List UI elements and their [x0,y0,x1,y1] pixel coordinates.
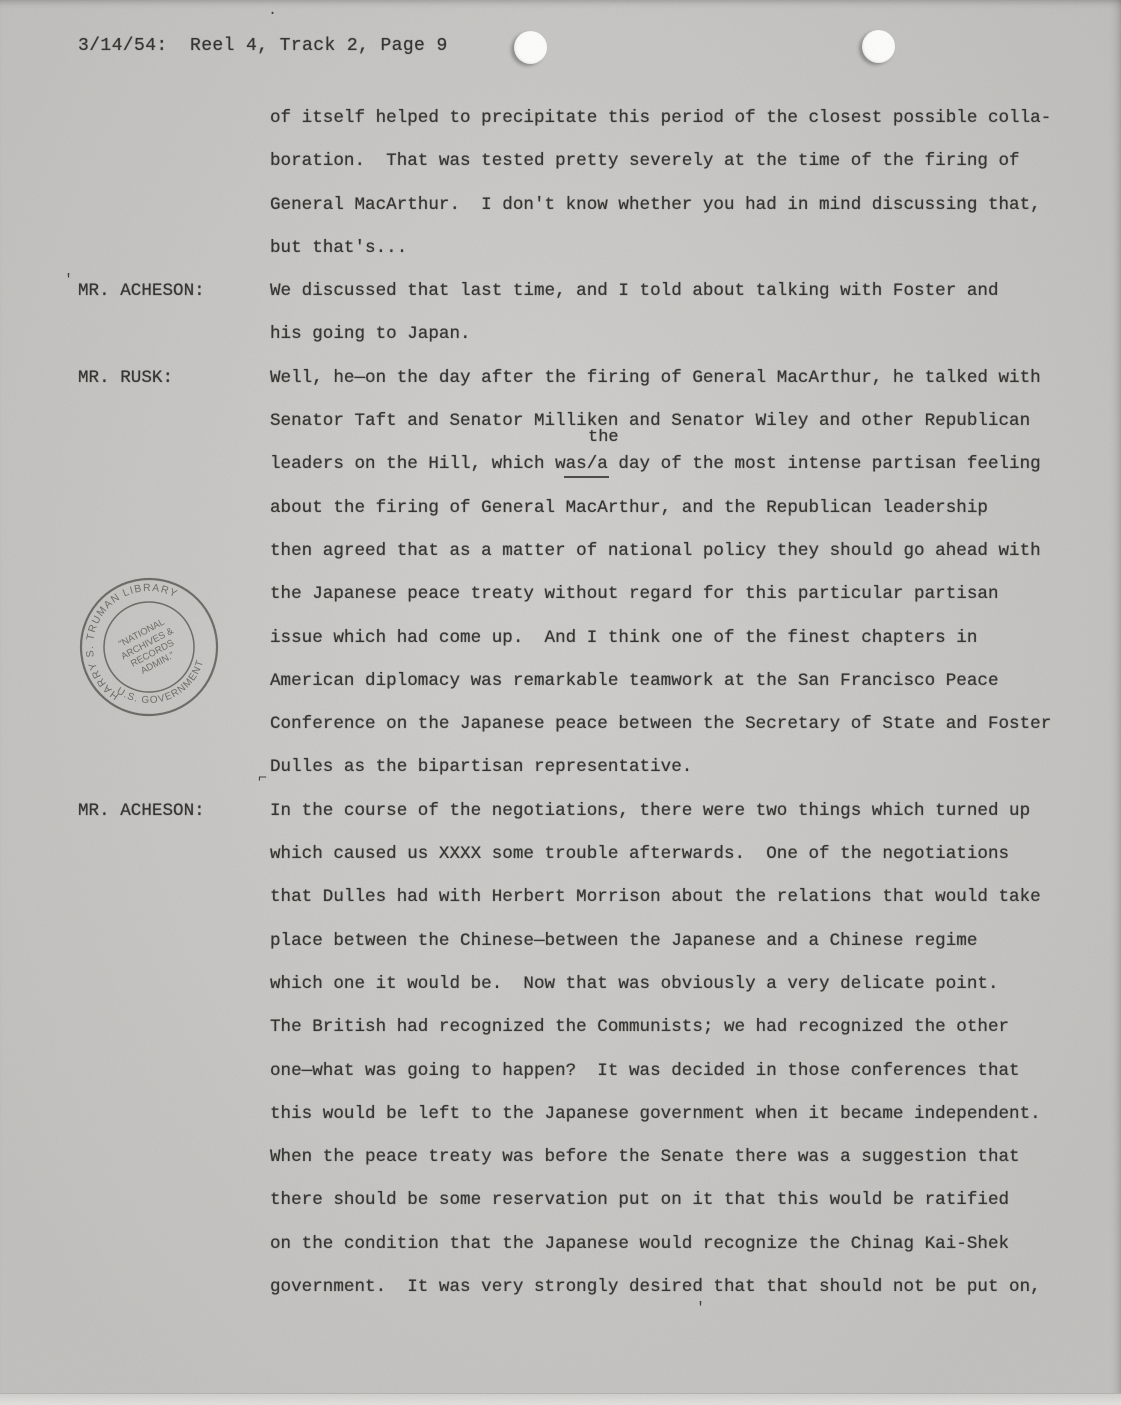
transcript-block: of itself helped to precipitate this per… [78,97,1083,270]
transcript-line: General MacArthur. I don't know whether … [270,184,1083,227]
transcript-line: Conference on the Japanese peace between… [270,703,1083,746]
hole-punch-right [862,30,895,63]
stray-mark: ' [64,272,73,289]
transcript-line: The British had recognized the Communist… [270,1006,1083,1049]
transcript-line: leaders on the Hill, which was/a day of … [270,443,1083,486]
transcript-line: of itself helped to precipitate this per… [270,97,1083,140]
transcript-block: MR. RUSK:Well, he—on the day after the f… [78,357,1083,790]
hole-punch-left [514,31,547,64]
transcript-line: issue which had come up. And I think one… [270,617,1083,660]
document-page: 3/14/54: Reel 4, Track 2, Page 9 of itse… [0,0,1121,1405]
transcript-line: but that's... [270,227,1083,270]
transcript-line: government. It was very strongly desired… [270,1266,1083,1309]
speaker-label: MR. ACHESON: [78,790,270,833]
stray-mark: ⌐ [258,770,267,787]
transcript-line: American diplomacy was remarkable teamwo… [270,660,1083,703]
transcript-line: one—what was going to happen? It was dec… [270,1050,1083,1093]
transcript-line: which caused us XXXX some trouble afterw… [270,833,1083,876]
transcript-line: We discussed that last time, and I told … [270,270,1083,313]
stray-mark: ' [696,1300,705,1317]
transcript-line: In the course of the negotiations, there… [270,790,1083,833]
transcript-block: MR. ACHESON:In the course of the negotia… [78,790,1083,1310]
transcript-line: boration. That was tested pretty severel… [270,140,1083,183]
transcript-line: then agreed that as a matter of national… [270,530,1083,573]
speaker-label: MR. RUSK: [78,357,270,400]
stray-mark: . [268,2,277,19]
strikeout-mark [564,476,609,478]
transcript-line: his going to Japan. [270,313,1083,356]
transcript-line: the Japanese peace treaty without regard… [270,573,1083,616]
transcript-line: on the condition that the Japanese would… [270,1223,1083,1266]
transcript-line: about the firing of General MacArthur, a… [270,487,1083,530]
transcript-line: that Dulles had with Herbert Morrison ab… [270,876,1083,919]
transcript-line: Senator Taft and Senator Milliken and Se… [270,400,1083,443]
transcript-line: which one it would be. Now that was obvi… [270,963,1083,1006]
truman-library-stamp: HARRY S. TRUMAN LIBRARY U.S. GOVERNMENT … [74,572,224,722]
transcript-line: Well, he—on the day after the firing of … [270,357,1083,400]
transcript-line: there should be some reservation put on … [270,1179,1083,1222]
transcript: of itself helped to precipitate this per… [78,97,1083,1309]
page-bottom-edge [0,1393,1121,1405]
inserted-word: the [588,428,619,447]
transcript-block: MR. ACHESON:We discussed that last time,… [78,270,1083,357]
speaker-label: MR. ACHESON: [78,270,270,313]
page-header: 3/14/54: Reel 4, Track 2, Page 9 [78,36,448,56]
transcript-line: Dulles as the bipartisan representative. [270,746,1083,789]
transcript-line: When the peace treaty was before the Sen… [270,1136,1083,1179]
transcript-line: place between the Chinese—between the Ja… [270,920,1083,963]
transcript-line: this would be left to the Japanese gover… [270,1093,1083,1136]
